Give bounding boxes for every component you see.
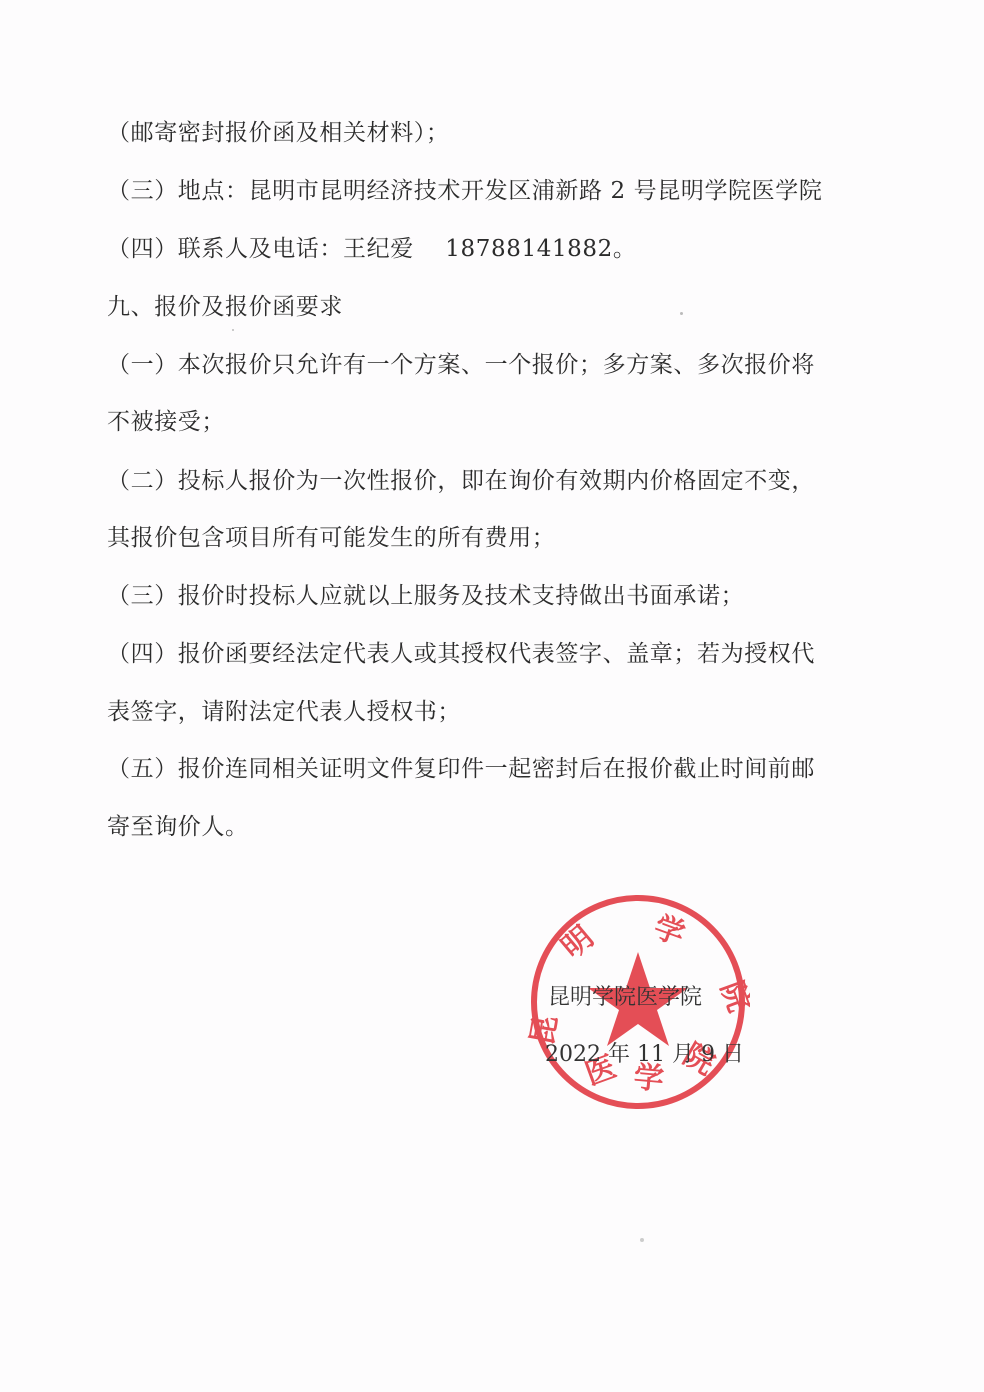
text-line-location: （三）地点：昆明市昆明经济技术开发区浦新路 2 号昆明学院医学院	[107, 176, 822, 206]
text-line-requirement-2: （二）投标人报价为一次性报价，即在询价有效期内价格固定不变，	[107, 466, 815, 496]
scan-speck	[232, 329, 234, 331]
section-heading-quotation-requirements: 九、报价及报价函要求	[107, 292, 343, 322]
text-line-requirement-1: （一）本次报价只允许有一个方案、一个报价；多方案、多次报价将	[107, 350, 815, 380]
text-line-mailing-materials: （邮寄密封报价函及相关材料）；	[107, 118, 450, 148]
text-line-requirement-1-cont: 不被接受；	[107, 407, 225, 437]
text-line-requirement-3: （三）报价时投标人应就以上服务及技术支持做出书面承诺；	[107, 581, 744, 611]
scan-speck	[680, 312, 683, 315]
signature-organization: 昆明学院医学院	[548, 984, 702, 1012]
scan-speck	[640, 1238, 644, 1242]
text-line-requirement-2-cont: 其报价包含项目所有可能发生的所有费用；	[107, 523, 555, 553]
text-line-requirement-5-cont: 寄至询价人。	[107, 812, 249, 842]
text-line-requirement-4: （四）报价函要经法定代表人或其授权代表签字、盖章；若为授权代	[107, 639, 815, 669]
signature-date: 2022 年 11 月 9 日	[545, 1041, 744, 1069]
stamp-char: 学	[649, 909, 689, 952]
text-line-contact: （四）联系人及电话：王纪爱 18788141882。	[107, 234, 636, 264]
text-line-requirement-4-cont: 表签字，请附法定代表人授权书；	[107, 697, 461, 727]
stamp-char: 明	[555, 920, 600, 966]
text-line-requirement-5: （五）报价连同相关证明文件复印件一起密封后在报价截止时间前邮	[107, 754, 815, 784]
document-page: （邮寄密封报价函及相关材料）； （三）地点：昆明市昆明经济技术开发区浦新路 2 …	[0, 0, 984, 1392]
